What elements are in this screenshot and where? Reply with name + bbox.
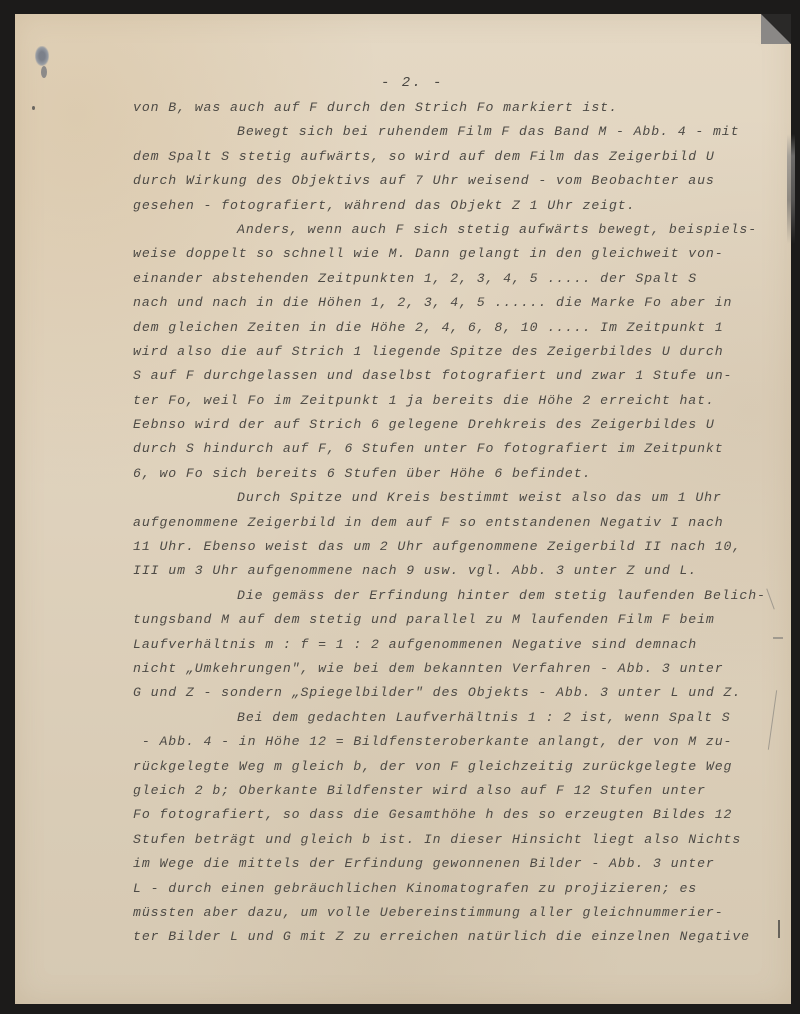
text-line: Laufverhältnis m : f = 1 : 2 aufgenommen… (133, 633, 783, 657)
ink-stain-icon (35, 46, 49, 66)
text-line: von B, was auch auf F durch den Strich F… (133, 96, 783, 120)
text-line: einander abstehenden Zeitpunkten 1, 2, 3… (133, 267, 783, 291)
margin-mark (32, 106, 35, 110)
text-line: gleich 2 b; Oberkante Bildfenster wird a… (133, 779, 783, 803)
text-line: 11 Uhr. Ebenso weist das um 2 Uhr aufgen… (133, 535, 783, 559)
ink-stain-icon (41, 66, 47, 78)
pencil-mark (773, 637, 783, 639)
text-line: G und Z - sondern „Spiegelbilder" des Ob… (133, 681, 783, 705)
text-line: ter Bilder L und G mit Z zu erreichen na… (133, 925, 783, 949)
paper-edge-wear (787, 134, 795, 244)
text-line: tungsband M auf dem stetig und parallel … (133, 608, 783, 632)
text-line: gesehen - fotografiert, während das Obje… (133, 194, 783, 218)
text-line: durch S hindurch auf F, 6 Stufen unter F… (133, 437, 783, 461)
text-line: Anders, wenn auch F sich stetig aufwärts… (133, 218, 783, 242)
text-line: nach und nach in die Höhen 1, 2, 3, 4, 5… (133, 291, 783, 315)
text-line: aufgenommene Zeigerbild in dem auf F so … (133, 511, 783, 535)
text-line: - Abb. 4 - in Höhe 12 = Bildfensteroberk… (133, 730, 783, 754)
text-line: weise doppelt so schnell wie M. Dann gel… (133, 242, 783, 266)
folded-corner (761, 14, 791, 44)
pencil-mark (778, 920, 780, 938)
text-line: Eebnso wird der auf Strich 6 gelegene Dr… (133, 413, 783, 437)
text-line: 6, wo Fo sich bereits 6 Stufen über Höhe… (133, 462, 783, 486)
text-line: Stufen beträgt und gleich b ist. In dies… (133, 828, 783, 852)
text-line: Bewegt sich bei ruhendem Film F das Band… (133, 120, 783, 144)
text-line: nicht „Umkehrungen", wie bei dem bekannt… (133, 657, 783, 681)
text-line: rückgelegte Weg m gleich b, der von F gl… (133, 755, 783, 779)
text-line: Bei dem gedachten Laufverhältnis 1 : 2 i… (133, 706, 783, 730)
text-line: S auf F durchgelassen und daselbst fotog… (133, 364, 783, 388)
text-line: Die gemäss der Erfindung hinter dem stet… (133, 584, 783, 608)
text-line: im Wege die mittels der Erfindung gewonn… (133, 852, 783, 876)
text-line: III um 3 Uhr aufgenommene nach 9 usw. vg… (133, 559, 783, 583)
text-line: Fo fotografiert, so dass die Gesamthöhe … (133, 803, 783, 827)
page-number: - 2. - (381, 75, 443, 91)
text-line: müssten aber dazu, um volle Uebereinstim… (133, 901, 783, 925)
text-line: ter Fo, weil Fo im Zeitpunkt 1 ja bereit… (133, 389, 783, 413)
text-line: dem Spalt S stetig aufwärts, so wird auf… (133, 145, 783, 169)
text-line: durch Wirkung des Objektivs auf 7 Uhr we… (133, 169, 783, 193)
text-line: L - durch einen gebräuchlichen Kinomatog… (133, 877, 783, 901)
text-line: wird also die auf Strich 1 liegende Spit… (133, 340, 783, 364)
text-line: dem gleichen Zeiten in die Höhe 2, 4, 6,… (133, 316, 783, 340)
text-line: Durch Spitze und Kreis bestimmt weist al… (133, 486, 783, 510)
typewritten-body: von B, was auch auf F durch den Strich F… (133, 96, 783, 950)
